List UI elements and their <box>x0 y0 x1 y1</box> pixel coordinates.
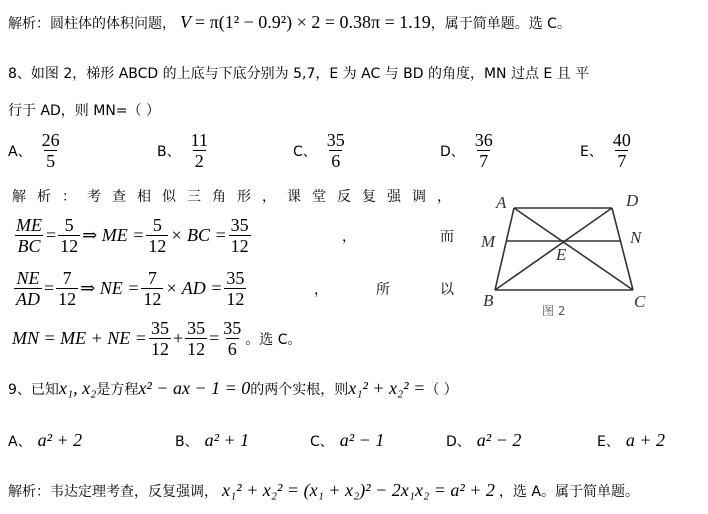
q9-option-b: B、 a² + 1 <box>175 430 249 451</box>
times-expr: × BC = <box>170 225 226 246</box>
comma: ， <box>342 226 356 246</box>
q9-solution-formula: x₁² + x₂² = (x₁ + x₂)² − 2x₁x₂ = a² + 2 <box>222 480 495 501</box>
fraction-ne-ad: NEAD <box>14 268 42 309</box>
q9-after: 的两个实根，则 <box>250 379 348 399</box>
svg-text:A: A <box>495 193 507 212</box>
times-expr: × AD = <box>165 278 222 299</box>
fraction: 3512 <box>229 215 251 256</box>
q9-option-a: A、 a² + 2 <box>8 430 82 451</box>
fraction: 512 <box>146 215 168 256</box>
option-fraction: 367 <box>473 130 495 171</box>
svg-text:C: C <box>634 292 646 311</box>
q9-vars: x₁, x₂ <box>59 378 97 399</box>
option-label: E、 <box>580 141 603 161</box>
q8-option-e: E、 407 <box>580 130 635 171</box>
svg-text:图 2: 图 2 <box>542 304 565 318</box>
trapezoid-diagram: A D M N E B C 图 2 <box>472 188 672 328</box>
equals: = <box>44 278 54 299</box>
option-label: C、 <box>293 141 317 161</box>
q9-prefix: 9、已知 <box>8 379 59 399</box>
q9-solution-suffix: ，选 A。属于简单题。 <box>499 481 639 501</box>
option-label: B、 <box>157 141 181 161</box>
word-er: 而 <box>440 226 454 246</box>
q9-target: x₁² + x₂² = <box>348 378 425 399</box>
option-fraction: 407 <box>611 130 633 171</box>
option-expr: a² − 2 <box>477 430 522 451</box>
answer-suffix: 。选 C。 <box>245 329 301 349</box>
q9-option-c: C、 a² − 1 <box>310 430 384 451</box>
q9-blank: （ ） <box>425 379 457 399</box>
option-label: D、 <box>446 431 471 451</box>
fraction: 3512 <box>149 318 171 359</box>
option-label: B、 <box>175 431 199 451</box>
svg-text:B: B <box>483 291 494 310</box>
fraction: 512 <box>58 215 80 256</box>
q9-solution-prefix: 解析：韦达定理考查，反复强调， <box>8 481 218 501</box>
figure-2-trapezoid: A D M N E B C 图 2 <box>472 188 672 328</box>
option-fraction: 356 <box>325 130 347 171</box>
option-label: C、 <box>310 431 334 451</box>
option-fraction: 265 <box>40 130 62 171</box>
option-label: A、 <box>8 141 32 161</box>
q8-question-line2: 行于 AD，则 MN=（ ） <box>8 100 160 120</box>
implies-expr: ⇒ ME = <box>82 225 144 246</box>
equals: = <box>209 328 219 349</box>
word-yi: 以 <box>440 279 454 299</box>
q8-solution-eq3: MN = ME + NE = 3512 + 3512 = 356 。选 C。 <box>12 318 301 359</box>
option-label: A、 <box>8 431 32 451</box>
q9-option-e: E、 a + 2 <box>597 430 665 451</box>
fraction: 3512 <box>185 318 207 359</box>
q8-option-b: B、 112 <box>157 130 212 171</box>
q8-solution-eq1: MEBC = 512 ⇒ ME = 512 × BC = 3512 ， 而 <box>12 215 462 256</box>
option-expr: a² + 2 <box>38 430 83 451</box>
option-expr: a + 2 <box>626 430 665 451</box>
svg-text:M: M <box>480 232 496 251</box>
equals: = <box>46 225 56 246</box>
q8-question-line1: 8、如图 2，梯形 ABCD 的上底与下底分别为 5,7，E 为 AC 与 BD… <box>8 63 589 83</box>
svg-text:E: E <box>555 245 567 264</box>
fraction-me-bc: MEBC <box>14 215 44 256</box>
option-fraction: 112 <box>189 130 210 171</box>
q9-question: 9、已知 x₁, x₂ 是方程 x² − ax − 1 = 0 的两个实根，则 … <box>8 378 458 399</box>
option-expr: a² − 1 <box>340 430 385 451</box>
q9-option-d: D、 a² − 2 <box>446 430 521 451</box>
option-label: D、 <box>440 141 465 161</box>
fraction: 3512 <box>224 268 246 309</box>
q8-option-a: A、 265 <box>8 130 64 171</box>
q7-formula: = π(1² − 0.9²) × 2 = 0.38π = 1.19 <box>195 12 431 33</box>
q7-formula-lhs: V <box>180 12 191 33</box>
fraction: 712 <box>56 268 78 309</box>
implies-expr: ⇒ NE = <box>80 278 139 299</box>
svg-text:D: D <box>625 191 639 210</box>
fraction: 356 <box>221 318 243 359</box>
q8-option-c: C、 356 <box>293 130 349 171</box>
q9-solution-line: 解析：韦达定理考查，反复强调， x₁² + x₂² = (x₁ + x₂)² −… <box>8 480 639 501</box>
q9-equation: x² − ax − 1 = 0 <box>138 378 250 399</box>
option-label: E、 <box>597 431 620 451</box>
sum-expr: MN = ME + NE = <box>12 328 147 349</box>
comma: ， <box>314 279 328 299</box>
option-expr: a² + 1 <box>205 430 250 451</box>
q9-mid: 是方程 <box>96 379 138 399</box>
plus: + <box>173 328 183 349</box>
q7-solution-suffix: ，属于简单题。选 C。 <box>431 13 571 33</box>
q8-option-d: D、 367 <box>440 130 497 171</box>
word-suo: 所 <box>376 279 390 299</box>
fraction: 712 <box>141 268 163 309</box>
q8-solution-intro: 解析：考查相似三角形，课堂反复强调， <box>12 186 462 206</box>
svg-text:N: N <box>629 228 643 247</box>
q7-solution-prefix: 解析：圆柱体的体积问题， <box>8 13 176 33</box>
q7-solution-line: 解析：圆柱体的体积问题， V = π(1² − 0.9²) × 2 = 0.38… <box>8 12 571 33</box>
q8-solution-eq2: NEAD = 712 ⇒ NE = 712 × AD = 3512 ， 所 以 <box>12 268 462 309</box>
